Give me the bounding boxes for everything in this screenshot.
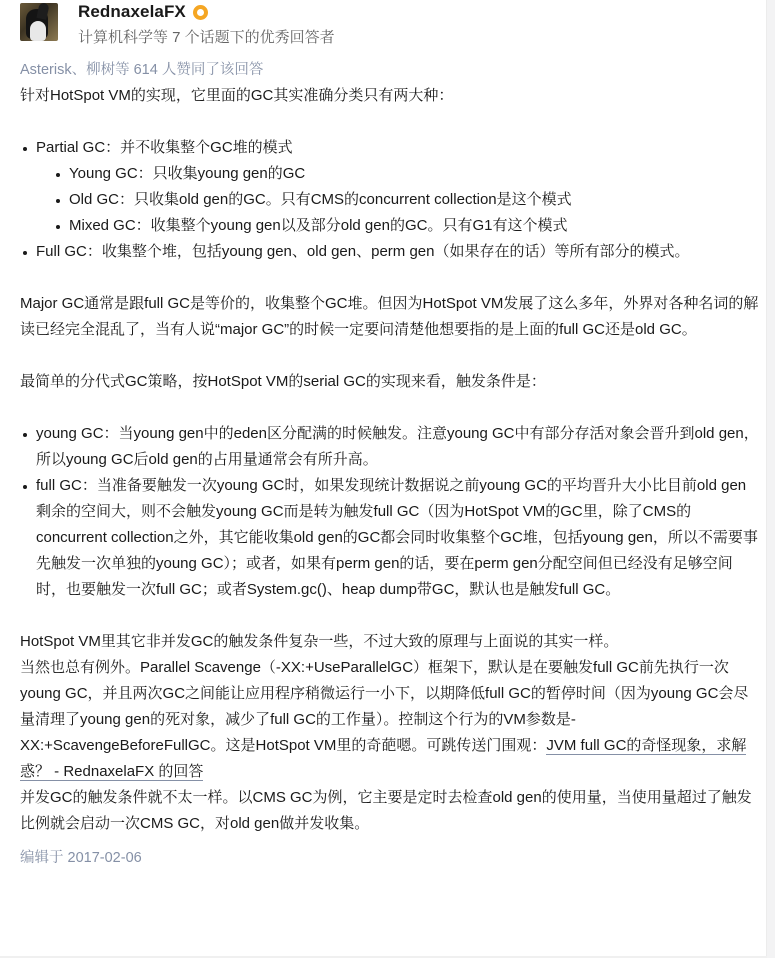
edited-timestamp[interactable]: 编辑于 2017-02-06: [20, 845, 760, 871]
list-item-text: Partial GC：并不收集整个GC堆的模式: [36, 139, 293, 156]
list-item: full GC：当准备要触发一次young GC时，如果发现统计数据说之前you…: [20, 473, 760, 603]
list-item: Full GC：收集整个堆，包括young gen、old gen、perm g…: [20, 239, 760, 265]
list-item: Young GC：只收集young gen的GC: [53, 161, 760, 187]
list-item: Partial GC：并不收集整个GC堆的模式 Young GC：只收集youn…: [20, 135, 760, 239]
exception-paragraph: 当然也总有例外。Parallel Scavenge（-XX:+UseParall…: [20, 655, 760, 785]
list-item: Mixed GC：收集整个young gen以及部分old gen的GC。只有G…: [53, 213, 760, 239]
author-name-row: RednaxelaFX: [78, 2, 208, 22]
serial-gc-intro: 最简单的分代式GC策略，按HotSpot VM的serial GC的实现来看，触…: [20, 369, 760, 395]
trigger-list: young GC：当young gen中的eden区分配满的时候触发。注意you…: [20, 421, 760, 603]
vote-summary[interactable]: Asterisk、柳树等 614 人赞同了该回答: [20, 57, 760, 83]
gc-types-list: Partial GC：并不收集整个GC堆的模式 Young GC：只收集youn…: [20, 135, 760, 265]
concurrent-gc-paragraph: 并发GC的触发条件就不太一样。以CMS GC为例，它主要是定时去检查old ge…: [20, 785, 760, 837]
list-item: Old GC：只收集old gen的GC。只有CMS的concurrent co…: [53, 187, 760, 213]
avatar-image-part: [30, 21, 46, 41]
author-headline: 计算机科学等 7 个话题下的优秀回答者: [78, 26, 335, 47]
major-gc-paragraph: Major GC通常是跟full GC是等价的，收集整个GC堆。但因为HotSp…: [20, 291, 760, 343]
other-gc-paragraph: HotSpot VM里其它非并发GC的触发条件复杂一些，不过大致的原理与上面说的…: [20, 629, 760, 655]
author-name-link[interactable]: RednaxelaFX: [78, 2, 186, 22]
author-info: RednaxelaFX 计算机科学等 7 个话题下的优秀回答者: [20, 0, 760, 56]
scrollbar-track[interactable]: [766, 0, 775, 958]
list-item: young GC：当young gen中的eden区分配满的时候触发。注意you…: [20, 421, 760, 473]
answer-card: RednaxelaFX 计算机科学等 7 个话题下的优秀回答者 Asterisk…: [20, 0, 760, 871]
answer-body: 针对HotSpot VM的实现，它里面的GC其实准确分类只有两大种： Parti…: [20, 83, 760, 837]
intro-paragraph: 针对HotSpot VM的实现，它里面的GC其实准确分类只有两大种：: [20, 83, 760, 109]
avatar[interactable]: [20, 3, 58, 41]
nested-list: Young GC：只收集young gen的GC Old GC：只收集old g…: [53, 161, 760, 239]
excellent-answerer-badge-icon[interactable]: [193, 5, 208, 20]
